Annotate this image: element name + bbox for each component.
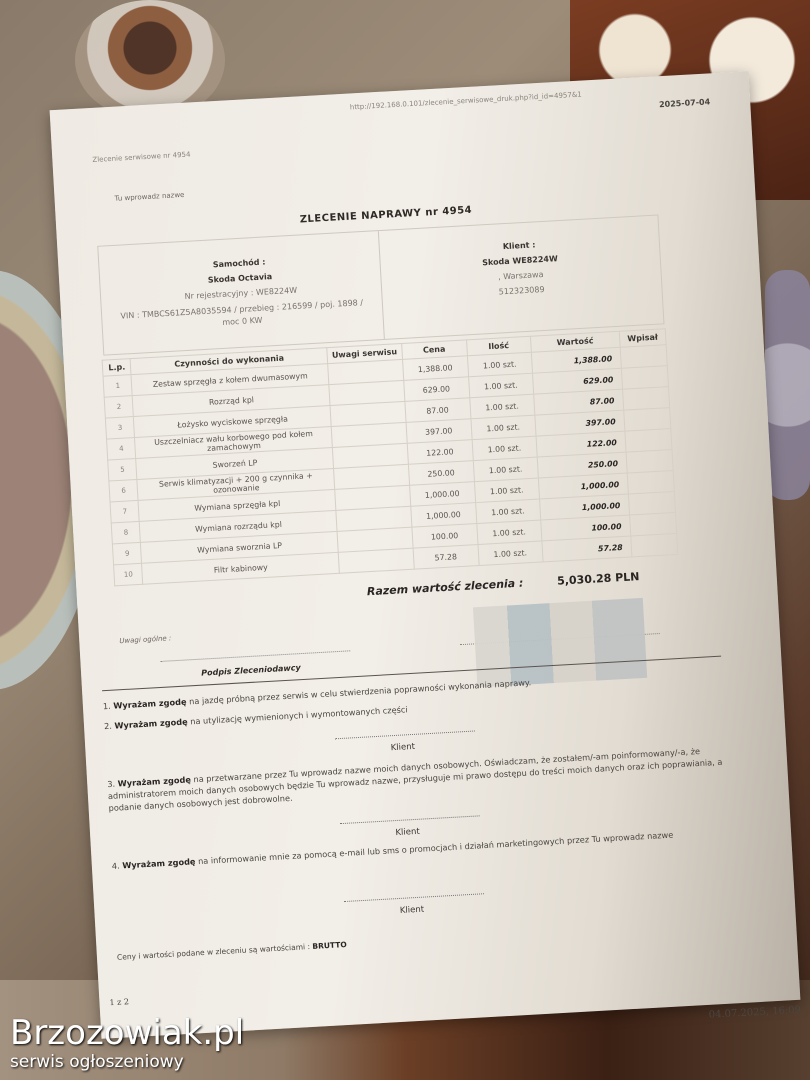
cell-sig — [629, 512, 676, 536]
cell-lp: 9 — [112, 542, 142, 565]
cell-sig — [622, 387, 669, 411]
cell-sig — [621, 366, 668, 390]
browser-url: http://192.168.0.101/zlecenie_serwisowe_… — [350, 91, 582, 112]
consent-number: 4. — [112, 861, 120, 871]
client-signature-line-1 — [335, 730, 475, 739]
car-info: Samochód : Skoda Octavia Nr rejestracyjn… — [98, 231, 383, 354]
consent-bold: Wyrażam zgodę — [113, 697, 187, 711]
client-signature-line-3 — [344, 893, 484, 902]
consent-3: 3. Wyrażam zgodę na przetwarzane przez T… — [107, 742, 748, 814]
repair-order-paper: http://192.168.0.101/zlecenie_serwisowe_… — [50, 71, 801, 1039]
consent-number: 1. — [103, 701, 111, 711]
signature-line-left — [161, 650, 351, 662]
client-label: Klient : — [503, 240, 536, 251]
prices-note-bold: BRUTTO — [312, 940, 347, 951]
consent-bold: Wyrażam zgodę — [114, 717, 188, 731]
watermark: Brzozowiak.pl serwis ogłoszeniowy — [10, 1014, 244, 1072]
consent-4: 4. Wyrażam zgodę na informowanie mnie za… — [112, 824, 752, 872]
cell-sig — [628, 491, 675, 515]
cell-lp: 5 — [108, 458, 138, 481]
consent-text: na utylizację wymienionych i wymontowany… — [187, 704, 408, 726]
order-total: Razem wartość zlecenia : 5,030.28 PLN — [367, 570, 640, 598]
cell-lp: 1 — [103, 375, 133, 398]
cell-lp: 8 — [111, 521, 141, 544]
car-label: Samochód : — [213, 257, 266, 269]
cell-sig — [624, 408, 671, 432]
cell-val: 57.28 — [542, 536, 632, 562]
car-registration: Nr rejestracyjny : WE8224W — [184, 285, 297, 300]
company-name: Tu wprowadz nazwe — [114, 191, 184, 203]
cell-sig — [627, 471, 674, 495]
cell-sig — [620, 345, 667, 369]
client-label-1: Klient — [390, 742, 415, 753]
page-number: 1 z 2 — [109, 997, 129, 1007]
consent-text: na informowanie mnie za pomocą e-mail lu… — [195, 830, 673, 867]
cell-notes — [338, 548, 413, 573]
cell-lp: 6 — [109, 479, 139, 502]
general-notes-label: Uwagi ogólne : — [119, 634, 171, 645]
cell-lp: 3 — [105, 417, 135, 440]
total-value: 5,030.28 PLN — [557, 570, 640, 588]
background-grapes — [765, 270, 810, 500]
client-signature-line-2 — [340, 815, 480, 824]
cell-qty: 1.00 szt. — [478, 541, 543, 566]
print-date: 2025-07-04 — [659, 97, 711, 109]
client-name: Skoda WE8224W — [482, 254, 558, 267]
cell-lp: 7 — [110, 500, 140, 523]
watermark-brand: Brzozowiak.pl — [10, 1014, 244, 1052]
total-label: Razem wartość zlecenia : — [367, 577, 524, 599]
watermark-subtitle: serwis ogłoszeniowy — [10, 1052, 244, 1072]
client-info: Klient : Skoda WE8224W , Warszawa 512323… — [377, 215, 663, 338]
items-table: L.p. Czynności do wykonania Uwagi serwis… — [102, 328, 679, 586]
consent-number: 3. — [107, 779, 115, 789]
cell-lp: 4 — [107, 438, 137, 461]
cell-sig — [626, 450, 673, 474]
consent-number: 2. — [104, 721, 112, 731]
prices-note: Ceny i wartości podane w zleceniu są war… — [117, 940, 347, 962]
col-lp: L.p. — [102, 359, 131, 377]
cell-sig — [625, 429, 672, 453]
cell-lp: 2 — [104, 396, 134, 419]
signature-label: Podpis Zleceniodawcy — [201, 663, 301, 678]
cell-price: 57.28 — [413, 545, 479, 570]
header-left: Zlecenie serwisowe nr 4954 — [92, 150, 190, 163]
consent-text: na przetwarzane przez Tu wprowadz nazwe … — [108, 746, 723, 813]
cell-lp: 10 — [114, 563, 144, 586]
client-city: , Warszawa — [498, 270, 544, 282]
client-label-2: Klient — [395, 827, 420, 838]
consent-bold: Wyrażam zgodę — [122, 856, 196, 870]
prices-note-text: Ceny i wartości podane w zleceniu są war… — [117, 942, 313, 962]
car-details: VIN : TMBCS61Z5A8035594 / przebieg : 216… — [117, 296, 368, 334]
client-phone: 512323089 — [499, 285, 545, 297]
car-model: Skoda Octavia — [208, 272, 273, 285]
client-label-3: Klient — [400, 905, 425, 916]
cell-sig — [631, 533, 678, 557]
